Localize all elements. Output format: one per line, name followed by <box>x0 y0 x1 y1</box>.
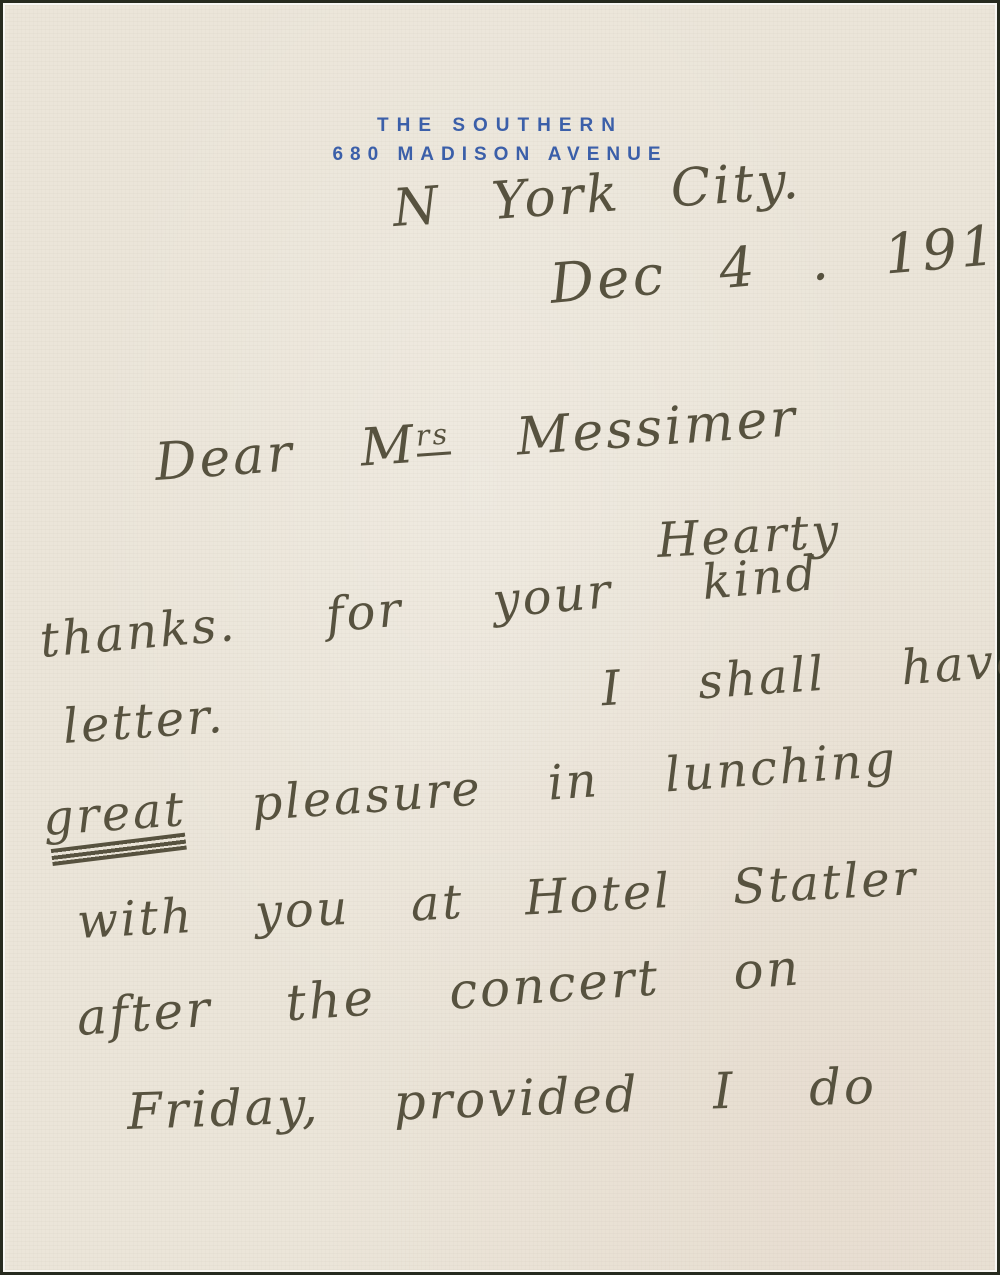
handwritten-line-with: with you at Hotel Statler <box>76 854 919 946</box>
letterhead-address: 680 MADISON AVENUE <box>5 144 995 166</box>
letter-paper: THE SOUTHERN 680 MADISON AVENUE N York C… <box>3 3 997 1272</box>
letterhead: THE SOUTHERN 680 MADISON AVENUE <box>5 115 995 166</box>
letter-photo-frame: THE SOUTHERN 680 MADISON AVENUE N York C… <box>0 0 1000 1275</box>
salutation-text: Dear M <box>153 415 419 493</box>
underlined-word-great: great <box>41 785 187 843</box>
letterhead-hotel-name: THE SOUTHERN <box>5 115 995 137</box>
handwritten-line-thanks: thanks. for your kind <box>38 549 821 665</box>
line-great-rest: pleasure in lunching <box>184 731 900 837</box>
handwritten-date-line: Dec 4 . 1915. <box>548 213 1000 312</box>
salutation-superscript: rs <box>415 417 452 457</box>
handwritten-salutation: Dear Mrs Messimer <box>153 392 799 489</box>
handwritten-line-after: after the concert on <box>75 942 802 1042</box>
handwritten-line-friday: Friday, provided I do <box>126 1061 877 1137</box>
handwritten-line-great: great pleasure in lunching <box>41 735 899 843</box>
handwritten-place-line: N York City. <box>391 155 803 235</box>
salutation-name: Messimer <box>448 388 799 472</box>
